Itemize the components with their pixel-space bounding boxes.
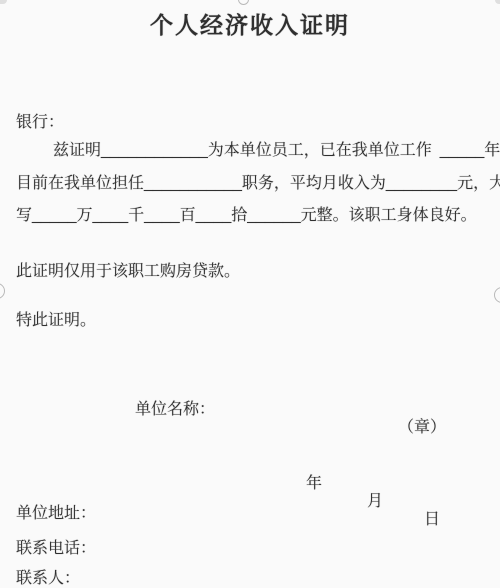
unit-name-label: 单位名称： — [135, 396, 215, 419]
date-day-label: 日 — [424, 506, 440, 529]
document-title: 个人经济收入证明 — [0, 7, 500, 40]
date-row: 年 月 日 — [0, 452, 500, 472]
date-month-label: 月 — [367, 488, 383, 511]
date-year-label: 年 — [306, 470, 322, 493]
scan-artifact-ring-top — [238, 0, 249, 5]
scan-artifact-ring-right — [494, 287, 500, 303]
body-line-position-income: 目前在我单位担任___________职务，平均月收入为________元，大 — [16, 170, 500, 193]
signature-row: 单位名称： （章） — [0, 378, 500, 398]
body-line-amount-in-words: 写_____万____千____百____拾______元整。该职工身体良好。 — [16, 202, 477, 225]
purpose-statement: 此证明仅用于该职工购房贷款。 — [16, 258, 240, 281]
contact-person-label: 联系人： — [16, 565, 80, 588]
bank-salutation: 银行： — [16, 109, 64, 132]
scan-artifact-corner-top-right — [495, 0, 500, 4]
body-line-certify-employee: 兹证明____________为本单位员工，已在我单位工作 _____年， — [16, 137, 500, 160]
seal-label: （章） — [398, 414, 446, 437]
unit-address-label: 单位地址： — [16, 500, 96, 523]
scan-artifact-corner-top-left — [0, 0, 7, 4]
closing-statement: 特此证明。 — [16, 307, 96, 330]
scan-artifact-ring-left — [0, 283, 5, 299]
contact-phone-label: 联系电话： — [16, 535, 96, 558]
income-certificate-document: 个人经济收入证明 银行： 兹证明____________为本单位员工，已在我单位… — [0, 0, 500, 588]
